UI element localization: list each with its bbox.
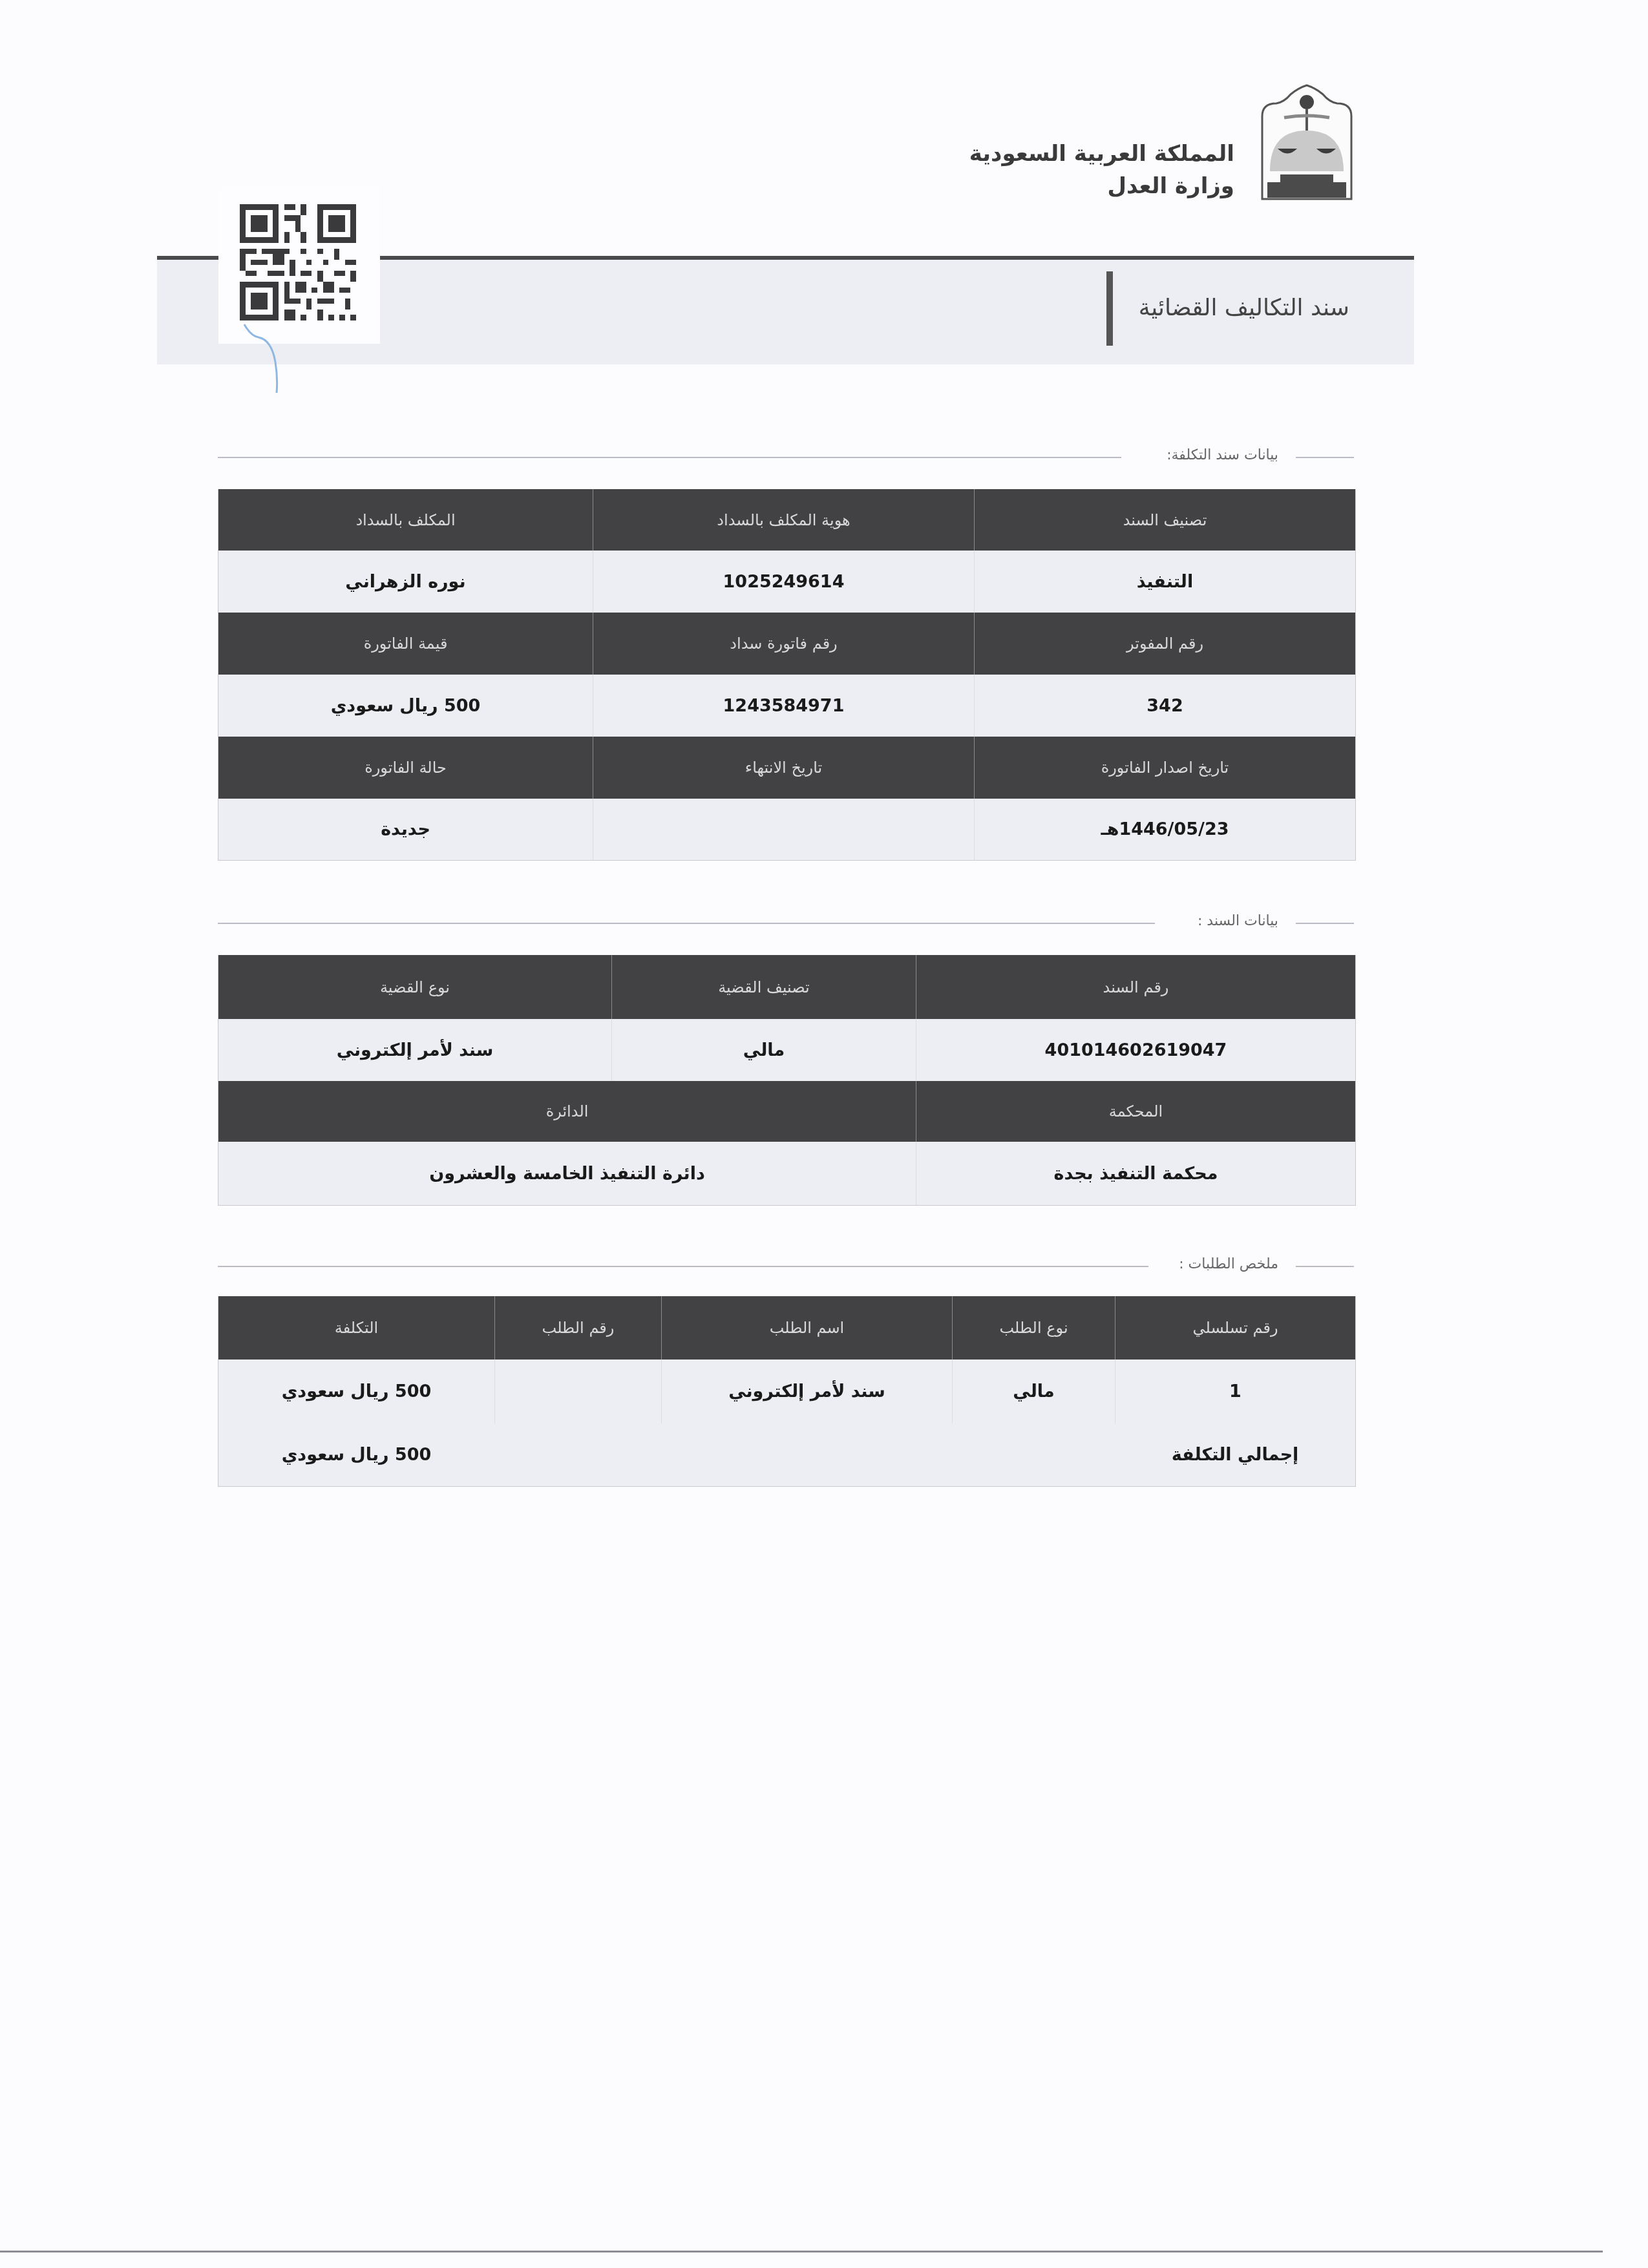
- table-header-row: رقم تسلسلي نوع الطلب اسم الطلب رقم الطلب…: [218, 1296, 1355, 1360]
- pen-mark: [239, 323, 317, 394]
- header-cell: نوع الطلب: [952, 1296, 1115, 1360]
- bond-classification-value: التنفيذ: [974, 551, 1355, 613]
- section-label-requests-summary: ملخص الطلبات :: [1179, 1256, 1278, 1272]
- expiry-date-value: [593, 799, 974, 860]
- invoice-amount-value: 500 ريال سعودي: [218, 675, 593, 737]
- header-cell: هوية المكلف بالسداد: [593, 489, 974, 551]
- serial-number-value: 1: [1115, 1360, 1355, 1423]
- issue-date-value: 1446/05/23هـ: [974, 799, 1355, 860]
- org-name: المملكة العربية السعودية: [969, 141, 1234, 167]
- header-cell: رقم فاتورة سداد: [593, 613, 974, 675]
- header-cell: رقم الطلب: [494, 1296, 661, 1360]
- table-header-row: تاريخ اصدار الفاتورة تاريخ الانتهاء حالة…: [218, 737, 1355, 799]
- request-type-value: مالي: [952, 1360, 1115, 1423]
- case-type-value: سند لأمر إلكتروني: [218, 1019, 611, 1081]
- header-cell: رقم تسلسلي: [1115, 1296, 1355, 1360]
- case-classification-value: مالي: [611, 1019, 916, 1081]
- section-divider: [1296, 923, 1354, 924]
- cost-bond-table: تصنيف السند هوية المكلف بالسداد المكلف ب…: [218, 489, 1356, 861]
- total-label: إجمالي التكلفة: [1115, 1423, 1355, 1486]
- table-header-row: رقم السند تصنيف القضية نوع القضية: [218, 955, 1355, 1019]
- ministry-emblem-icon: [1258, 84, 1355, 202]
- circuit-value: دائرة التنفيذ الخامسة والعشرون: [218, 1142, 916, 1205]
- bond-data-table: رقم السند تصنيف القضية نوع القضية 401014…: [218, 955, 1356, 1206]
- header-cell: اسم الطلب: [661, 1296, 952, 1360]
- header-cell: رقم المفوتر: [974, 613, 1355, 675]
- section-divider: [218, 923, 1155, 924]
- header-cell: قيمة الفاتورة: [218, 613, 593, 675]
- payer-id-value: 1025249614: [593, 551, 974, 613]
- section-divider: [1296, 457, 1354, 458]
- section-divider: [218, 457, 1121, 458]
- document-title: سند التكاليف القضائية: [1139, 295, 1349, 321]
- header-cell: نوع القضية: [218, 955, 611, 1019]
- header-cell: تصنيف السند: [974, 489, 1355, 551]
- header-cell: رقم السند: [916, 955, 1355, 1019]
- table-row: محكمة التنفيذ بجدة دائرة التنفيذ الخامسة…: [218, 1142, 1355, 1205]
- total-row: إجمالي التكلفة 500 ريال سعودي: [218, 1423, 1355, 1486]
- section-label-cost-bond: بيانات سند التكلفة:: [1167, 447, 1278, 463]
- section-divider: [1296, 1266, 1354, 1267]
- section-divider: [218, 1266, 1148, 1267]
- qr-code-icon[interactable]: [239, 204, 357, 320]
- scan-edge: [0, 2251, 1603, 2252]
- section-label-bond-data: بيانات السند :: [1198, 913, 1278, 929]
- header-cell: تاريخ الانتهاء: [593, 737, 974, 799]
- request-number-value: [494, 1360, 661, 1423]
- ministry-name: وزارة العدل: [1107, 173, 1234, 199]
- header-cell: تصنيف القضية: [611, 955, 916, 1019]
- payer-name-value: نوره الزهراني: [218, 551, 593, 613]
- header-cell: المحكمة: [916, 1081, 1355, 1142]
- table-row: 401014602619047 مالي سند لأمر إلكتروني: [218, 1019, 1355, 1081]
- biller-number-value: 342: [974, 675, 1355, 737]
- request-name-value: سند لأمر إلكتروني: [661, 1360, 952, 1423]
- table-header-row: تصنيف السند هوية المكلف بالسداد المكلف ب…: [218, 489, 1355, 551]
- header-cell: تاريخ اصدار الفاتورة: [974, 737, 1355, 799]
- table-header-row: رقم المفوتر رقم فاتورة سداد قيمة الفاتور…: [218, 613, 1355, 675]
- court-value: محكمة التنفيذ بجدة: [916, 1142, 1355, 1205]
- header-cell: المكلف بالسداد: [218, 489, 593, 551]
- cost-value: 500 ريال سعودي: [218, 1360, 494, 1423]
- header-cell: حالة الفاتورة: [218, 737, 593, 799]
- invoice-status-value: جديدة: [218, 799, 593, 860]
- total-spacer: [494, 1423, 1115, 1486]
- sadad-invoice-number-value: 1243584971: [593, 675, 974, 737]
- table-row: 1 مالي سند لأمر إلكتروني 500 ريال سعودي: [218, 1360, 1355, 1423]
- title-accent-bar: [1106, 271, 1113, 346]
- table-row: 342 1243584971 500 ريال سعودي: [218, 675, 1355, 737]
- header-cell: الدائرة: [218, 1081, 916, 1142]
- total-value: 500 ريال سعودي: [218, 1423, 494, 1486]
- table-header-row: المحكمة الدائرة: [218, 1081, 1355, 1142]
- table-row: التنفيذ 1025249614 نوره الزهراني: [218, 551, 1355, 613]
- requests-summary-table: رقم تسلسلي نوع الطلب اسم الطلب رقم الطلب…: [218, 1296, 1356, 1487]
- table-row: 1446/05/23هـ جديدة: [218, 799, 1355, 860]
- bond-number-value: 401014602619047: [916, 1019, 1355, 1081]
- header-cell: التكلفة: [218, 1296, 494, 1360]
